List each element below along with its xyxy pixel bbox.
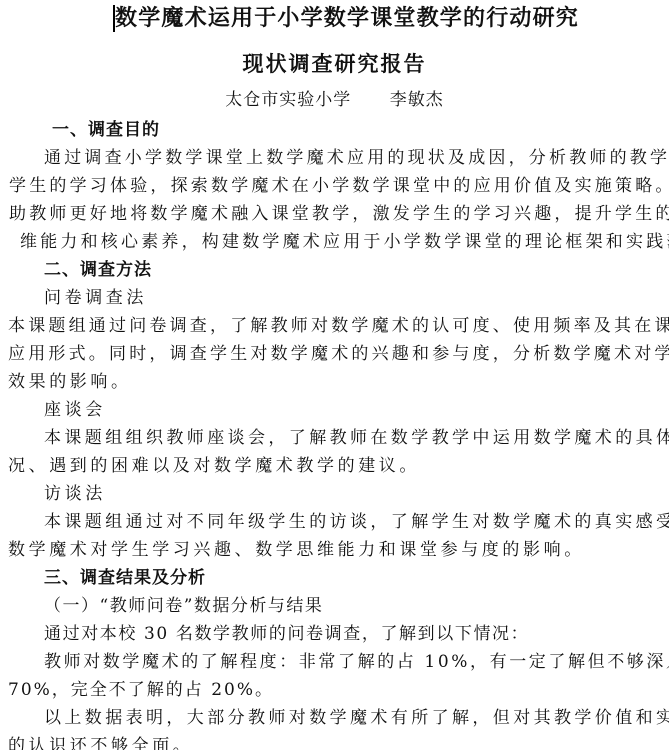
paragraph-line: 通过调查小学数学课堂上数学魔术应用的现状及成因，分析教师的教学实践和	[44, 147, 669, 169]
section-heading-methods: 二、调查方法	[44, 259, 669, 281]
paragraph-line: 助教师更好地将数学魔术融入课堂教学，激发学生的学习兴趣，提升学生的数学思	[9, 203, 649, 225]
paragraph-line: 况、遇到的困难以及对数学魔术教学的建议。	[8, 455, 648, 477]
paragraph-line: 数学魔术对学生学习兴趣、数学思维能力和课堂参与度的影响。	[8, 539, 648, 561]
method-label-symposium: 座谈会	[44, 399, 669, 421]
paragraph-line: 70%，完全不了解的占 20%。	[8, 679, 648, 701]
section-heading-results: 三、调查结果及分析	[44, 567, 669, 589]
paragraph-line: 应用形式。同时，调查学生对数学魔术的兴趣和参与度，分析数学魔术对学生学习	[8, 343, 648, 365]
paragraph-line: 本课题组通过问卷调查，了解教师对数学魔术的认可度、使用频率及其在课堂中的	[8, 315, 648, 337]
method-label-questionnaire: 问卷调查法	[44, 287, 669, 309]
paragraph-line: 以上数据表明，大部分教师对数学魔术有所了解，但对其教学价值和实施方法	[44, 707, 669, 729]
document-subtitle: 现状调查研究报告	[0, 50, 669, 78]
method-label-interview: 访谈法	[44, 483, 669, 505]
document-title: 数学魔术运用于小学数学课堂教学的行动研究	[115, 4, 579, 32]
paragraph-line: 本课题组通过对不同年级学生的访谈，了解学生对数学魔术的真实感受，分析	[44, 511, 669, 533]
paragraph-line: 效果的影响。	[8, 371, 648, 393]
paragraph-line: 的认识还不够全面。	[8, 735, 648, 750]
subsection-heading: （一）“教师问卷”数据分析与结果	[44, 595, 669, 617]
paragraph-line: 通过对本校 30 名数学教师的问卷调查，了解到以下情况：	[44, 623, 669, 645]
paragraph-line: 维能力和核心素养，构建数学魔术应用于小学数学课堂的理论框架和实践范式。	[20, 231, 660, 253]
author-line: 太仓市实验小学 李敏杰	[0, 89, 669, 111]
paragraph-line: 学生的学习体验，探索数学魔术在小学数学课堂中的应用价值及实施策略。旨在帮	[9, 175, 649, 197]
paragraph-line: 教师对数学魔术的了解程度：非常了解的占 10%，有一定了解但不够深入的占	[44, 651, 669, 673]
paragraph-line: 本课题组组织教师座谈会，了解教师在数学教学中运用数学魔术的具体操作情	[44, 427, 669, 449]
section-heading-purpose: 一、调查目的	[52, 119, 669, 141]
